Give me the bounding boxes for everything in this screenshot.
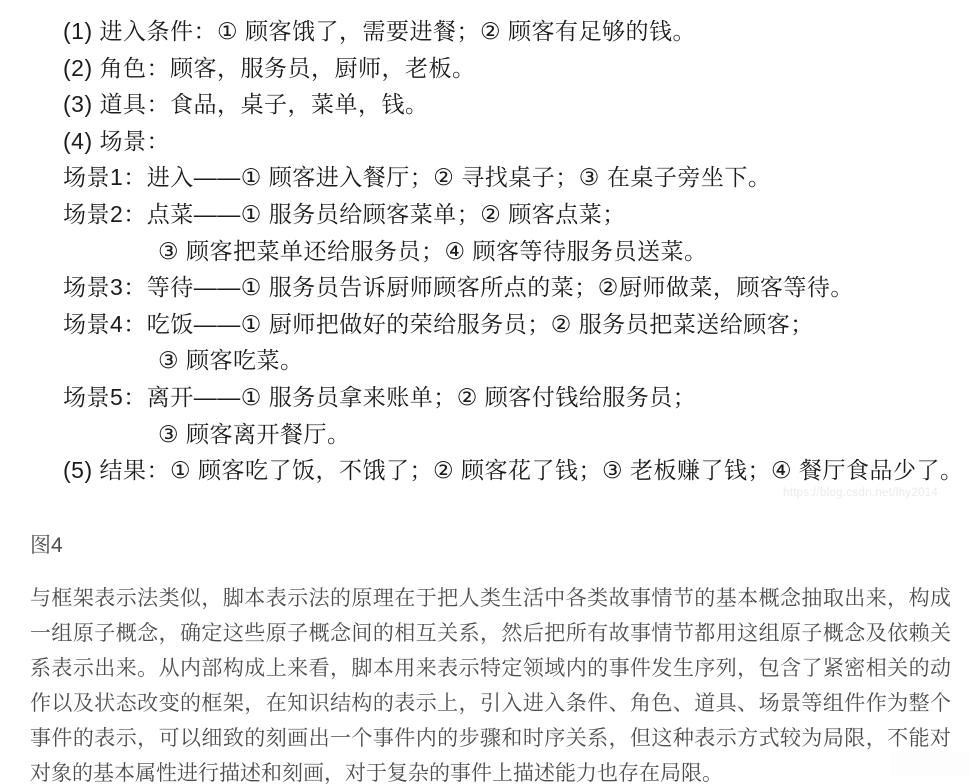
figure-line-scene4-continued: ③ 顾客吃菜。 bbox=[158, 342, 978, 379]
article-page: (1) 进入条件：① 顾客饿了，需要进餐；② 顾客有足够的钱。 (2) 角色：顾… bbox=[0, 0, 978, 784]
figure-line-scene3: 场景3：等待——① 服务员告诉厨师顾客所点的菜；②厨师做菜，顾客等待。 bbox=[63, 269, 978, 306]
figure-line-results: (5) 结果：① 顾客吃了饭，不饿了；② 顾客花了钱；③ 老板赚了钱；④ 餐厅食… bbox=[63, 452, 978, 489]
corner-watermark-block bbox=[890, 752, 970, 775]
figure-line-scene2: 场景2：点菜——① 服务员给顾客菜单；② 顾客点菜； bbox=[63, 196, 978, 233]
figure-line-scene5: 场景5：离开——① 服务员拿来账单；② 顾客付钱给服务员； bbox=[63, 379, 978, 416]
figure-caption: 图4 bbox=[30, 529, 63, 559]
watermark-url: https://blog.csdn.net/lhy2014 bbox=[783, 487, 938, 499]
figure-line-scenes-header: (4) 场景： bbox=[63, 123, 978, 160]
figure-line-props: (3) 道具：食品，桌子，菜单，钱。 bbox=[63, 86, 978, 123]
figure-line-scene1: 场景1：进入——① 顾客进入餐厅；② 寻找桌子；③ 在桌子旁坐下。 bbox=[63, 159, 978, 196]
body-paragraph: 与框架表示法类似，脚本表示法的原理在于把人类生活中各类故事情节的基本概念抽取出来… bbox=[30, 581, 951, 784]
figure-line-roles: (2) 角色：顾客，服务员，厨师，老板。 bbox=[63, 50, 978, 87]
figure-line-scene2-continued: ③ 顾客把菜单还给服务员；④ 顾客等待服务员送菜。 bbox=[158, 233, 978, 270]
script-figure-image: (1) 进入条件：① 顾客饿了，需要进餐；② 顾客有足够的钱。 (2) 角色：顾… bbox=[0, 13, 978, 489]
figure-line-scene5-continued: ③ 顾客离开餐厅。 bbox=[158, 416, 978, 453]
figure-line-entry-conditions: (1) 进入条件：① 顾客饿了，需要进餐；② 顾客有足够的钱。 bbox=[63, 13, 978, 50]
figure-line-scene4: 场景4：吃饭——① 厨师把做好的荣给服务员；② 服务员把菜送给顾客； bbox=[63, 306, 978, 343]
